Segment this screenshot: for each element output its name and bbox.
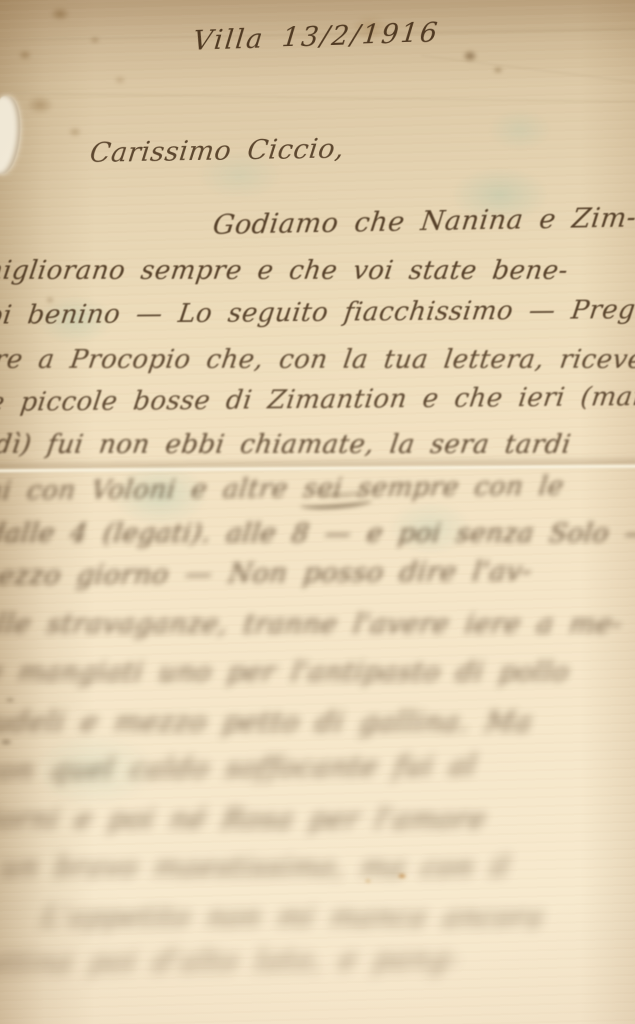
handwritten-line: Voi benino — Lo seguito fiacchissimo — P…	[0, 295, 635, 331]
handwritten-line: mattina poi d'alto lato, e pang-	[0, 942, 462, 980]
handwritten-line: giorni e poi né Rosa per l'amore	[0, 802, 488, 835]
handwritten-line: tedì) fui non ebbi chiamate, la sera tar…	[0, 430, 573, 460]
handwritten-line: crudeli e mezzo petto di gallina. Ma	[0, 705, 534, 738]
handwritten-line: dire a Procopio che, con la tua lettera,…	[0, 345, 635, 375]
salutation: Carissimo Ciccio,	[88, 134, 346, 169]
handwritten-line: delle stravaganze, tranne l'avere iere a…	[0, 609, 624, 640]
handwritten-line: mezzo giorno — Non posso dire l'av-	[0, 556, 534, 592]
handwritten-line: L'appetito non mi manca ancora	[40, 900, 546, 933]
handwritten-line: ne mangiati uno per l'antipasto di pollo	[0, 657, 571, 688]
handwritten-line: con quel caldo soffocante fui al	[0, 749, 479, 787]
handwritten-line: e un bravo maestissimo, ma con il	[0, 850, 512, 883]
handwritten-line: migliorano sempre e che voi state bene-	[0, 256, 570, 286]
letter-photograph: Villa 13/2/1916 Carissimo Ciccio, Godiam…	[0, 0, 635, 1024]
handwritten-line: anni con Voloni e altre sei sempre con l…	[0, 472, 566, 507]
handwritten-line: le piccole bosse di Zimantion e che ieri…	[0, 382, 635, 418]
handwritten-line: dalle 4 (legati). alle 8 — e poi senza S…	[0, 519, 635, 549]
